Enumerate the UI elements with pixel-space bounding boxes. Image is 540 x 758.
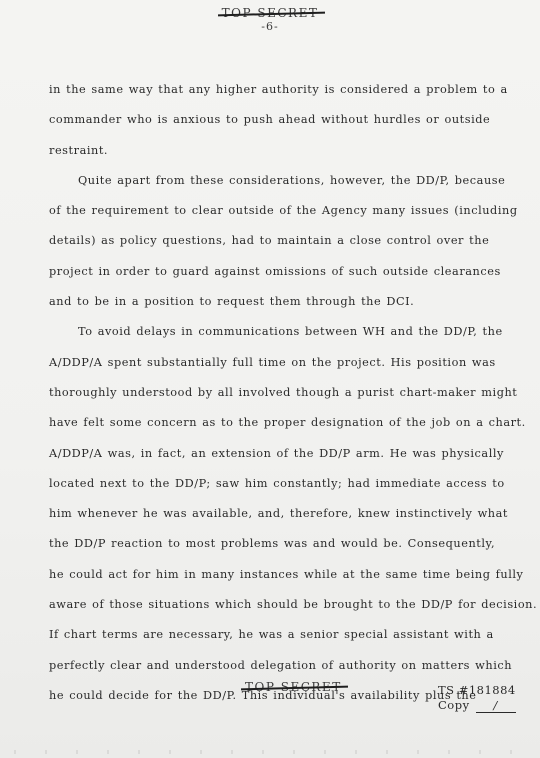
text-line: To avoid delays in communications betwee… [49,317,519,347]
struck-classification-marking: TOP SECRET [222,6,319,20]
text-line: him whenever he was available, and, ther… [49,499,519,529]
text-line: in the same way that any higher authorit… [49,75,519,105]
classification-header: TOP SECRET [0,6,540,20]
text-line: the DD/P reaction to most problems was a… [49,529,519,559]
text-line: restraint. [49,136,519,166]
control-number: TS #181884 [438,683,516,697]
text-line: perfectly clear and understood delegatio… [49,651,519,681]
copy-label: Copy [438,698,470,712]
text-line: he could act for him in many instances w… [49,560,519,590]
document-page: TOP SECRET -6- in the same way that any … [0,0,540,758]
text-line: commander who is anxious to push ahead w… [49,105,519,135]
body-text: in the same way that any higher authorit… [49,75,519,711]
page-number: -6- [0,20,540,33]
scan-artifact [0,750,540,754]
text-line: project in order to guard against omissi… [49,257,519,287]
classification-footer: TOP SECRET [245,680,342,694]
copy-number: Copy/ [438,698,516,713]
text-line: Quite apart from these considerations, h… [49,166,519,196]
text-line: of the requirement to clear outside of t… [49,196,519,226]
text-line: details) as policy questions, had to mai… [49,226,519,256]
struck-classification-marking-footer: TOP SECRET [245,680,342,694]
text-line: thoroughly understood by all involved th… [49,378,519,408]
text-line: and to be in a position to request them … [49,287,519,317]
text-line: A/DDP/A was, in fact, an extension of th… [49,439,519,469]
text-line: located next to the DD/P; saw him consta… [49,469,519,499]
text-line: have felt some concern as to the proper … [49,408,519,438]
copy-value: / [476,698,516,713]
text-line: A/DDP/A spent substantially full time on… [49,348,519,378]
text-line: If chart terms are necessary, he was a s… [49,620,519,650]
text-line: aware of those situations which should b… [49,590,519,620]
